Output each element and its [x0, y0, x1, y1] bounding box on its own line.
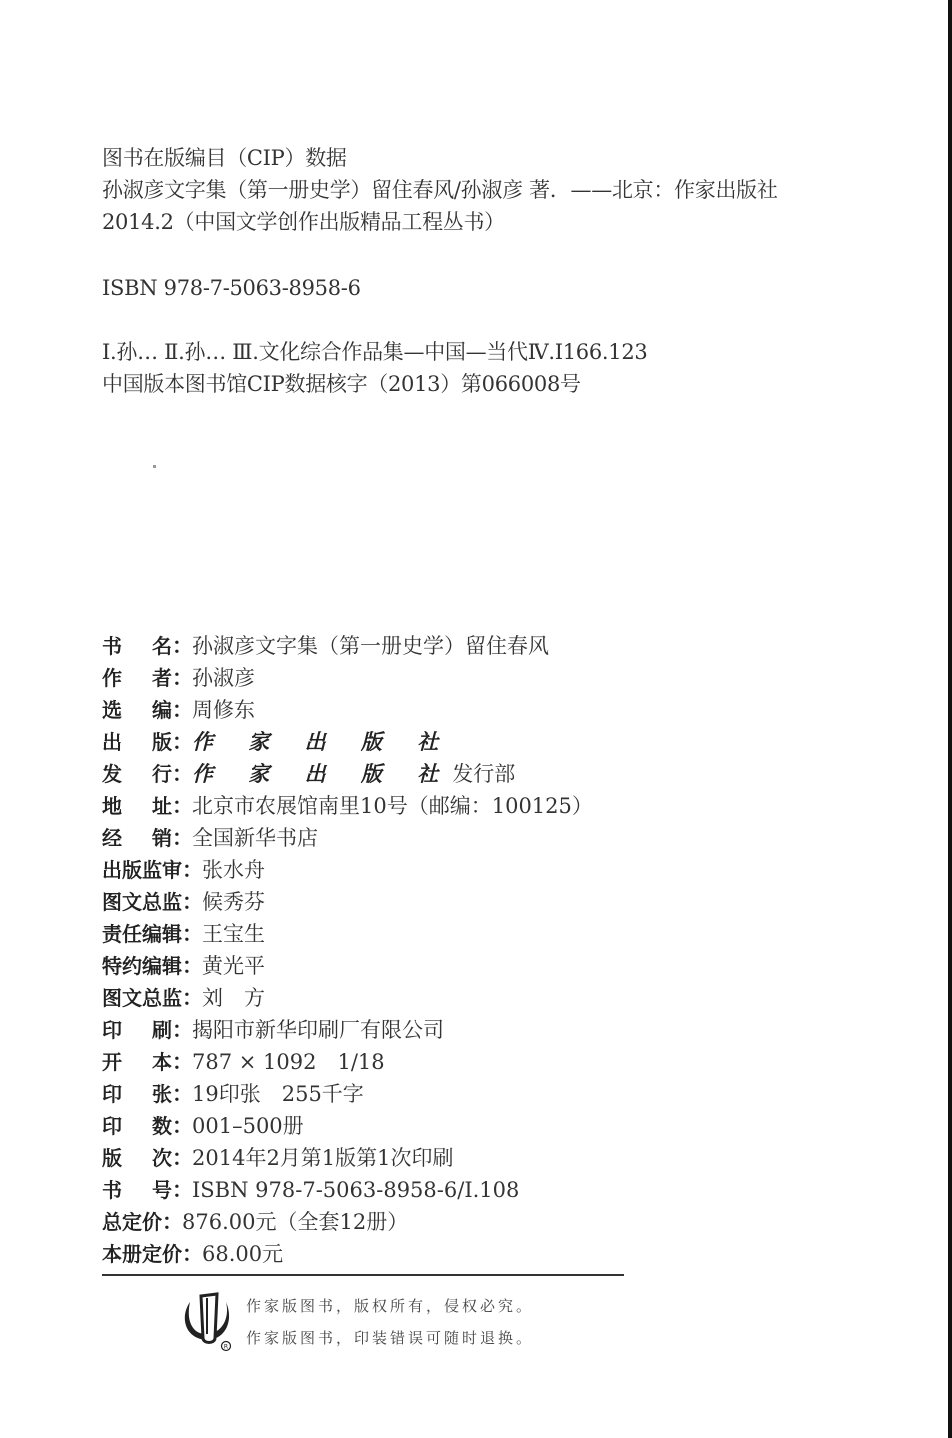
staff-label: 出版监审: [102, 854, 182, 883]
info-row-publisher: 出版：作 家 出 版 社: [102, 726, 593, 758]
info-label: 印数: [102, 1110, 172, 1139]
cip-classification: Ⅰ.孙… Ⅱ.孙… Ⅲ.文化综合作品集—中国—当代Ⅳ.I166.123: [102, 336, 778, 368]
info-value-suffix: 发行部: [452, 758, 515, 788]
total-price-label: 总定价: [102, 1206, 162, 1235]
divider: [102, 1274, 624, 1276]
volume-price-row: 本册定价：68.00元: [102, 1238, 593, 1270]
footer-notice: R 作家版图书，版权所有，侵权必究。 作家版图书，印装错误可随时退换。: [182, 1290, 534, 1354]
info-label: 版次: [102, 1142, 172, 1171]
cip-block: 图书在版编目（CIP）数据 孙淑彦文字集（第一册史学）留住春风/孙淑彦 著．——…: [102, 142, 778, 400]
spec-row-isbn: 书号：ISBN 978-7-5063-8958-6/I.108: [102, 1174, 593, 1206]
info-row-editor: 选编：周修东: [102, 694, 593, 726]
cip-entry-line2: 2014.2（中国文学创作出版精品工程丛书）: [102, 206, 778, 238]
info-label: 作者: [102, 662, 172, 691]
notice-text: 作家版图书，版权所有，侵权必究。 作家版图书，印装错误可随时退换。: [246, 1290, 534, 1354]
total-price-row: 总定价：876.00元（全套12册）: [102, 1206, 593, 1238]
info-value: 19印张 255千字: [192, 1078, 364, 1108]
staff-row: 图文总监：候秀芬: [102, 886, 593, 918]
info-row-distributor: 发行：作 家 出 版 社发行部: [102, 758, 593, 790]
info-label: 经销: [102, 822, 172, 851]
info-row-author: 作者：孙淑彦: [102, 662, 593, 694]
info-row-address: 地址：北京市农展馆南里10号（邮编：100125）: [102, 790, 593, 822]
svg-text:R: R: [224, 1344, 228, 1351]
cip-number: 中国版本图书馆CIP数据核字（2013）第066008号: [102, 368, 778, 400]
info-label: 书名: [102, 630, 172, 659]
staff-row: 出版监审：张水舟: [102, 854, 593, 886]
info-value: 孙淑彦: [192, 662, 255, 692]
return-notice: 作家版图书，印装错误可随时退换。: [246, 1322, 534, 1354]
info-value: 北京市农展馆南里10号（邮编：100125）: [192, 790, 593, 820]
info-row-title: 书名：孙淑彦文字集（第一册史学）留住春风: [102, 630, 593, 662]
scan-speck: [153, 465, 156, 468]
staff-label: 图文总监: [102, 886, 182, 915]
staff-value: 王宝生: [202, 918, 265, 948]
info-label: 印刷: [102, 1014, 172, 1043]
info-value: 孙淑彦文字集（第一册史学）留住春风: [192, 630, 549, 660]
info-value: ISBN 978-7-5063-8958-6/I.108: [192, 1178, 519, 1202]
staff-label: 图文总监: [102, 982, 182, 1011]
info-label: 书号: [102, 1174, 172, 1203]
publisher-calligraphy: 作 家 出 版 社: [192, 758, 452, 788]
staff-value: 张水舟: [202, 854, 265, 884]
copyright-page: 图书在版编目（CIP）数据 孙淑彦文字集（第一册史学）留住春风/孙淑彦 著．——…: [0, 0, 948, 1438]
volume-price-value: 68.00元: [202, 1238, 283, 1268]
total-price-value: 876.00元（全套12册）: [182, 1206, 408, 1236]
cip-isbn: ISBN 978-7-5063-8958-6: [102, 272, 778, 304]
info-value: 周修东: [192, 694, 255, 724]
staff-label: 特约编辑: [102, 950, 182, 979]
cip-heading: 图书在版编目（CIP）数据: [102, 142, 778, 174]
copyright-notice: 作家版图书，版权所有，侵权必究。: [246, 1290, 534, 1322]
staff-row: 图文总监：刘 方: [102, 982, 593, 1014]
info-value: 2014年2月第1版第1次印刷: [192, 1142, 454, 1172]
publisher-logo-icon: R: [182, 1290, 238, 1352]
info-label: 选编: [102, 694, 172, 723]
spec-row-printer: 印刷：揭阳市新华印刷厂有限公司: [102, 1014, 593, 1046]
staff-row: 责任编辑：王宝生: [102, 918, 593, 950]
page-edge-border: [948, 0, 952, 1438]
spec-row-edition: 版次：2014年2月第1版第1次印刷: [102, 1142, 593, 1174]
info-label: 印张: [102, 1078, 172, 1107]
info-value: 001–500册: [192, 1110, 304, 1140]
staff-value: 刘 方: [202, 982, 265, 1012]
staff-value: 候秀芬: [202, 886, 265, 916]
staff-value: 黄光平: [202, 950, 265, 980]
info-label: 地址: [102, 790, 172, 819]
info-label: 出版: [102, 726, 172, 755]
info-value: 揭阳市新华印刷厂有限公司: [192, 1014, 444, 1044]
cip-entry-line1: 孙淑彦文字集（第一册史学）留住春风/孙淑彦 著．——北京：作家出版社: [102, 174, 778, 206]
spec-row-sheets: 印张：19印张 255千字: [102, 1078, 593, 1110]
publisher-calligraphy: 作 家 出 版 社: [192, 726, 452, 756]
spec-row-print-run: 印数：001–500册: [102, 1110, 593, 1142]
info-row-seller: 经销：全国新华书店: [102, 822, 593, 854]
publication-info: 书名：孙淑彦文字集（第一册史学）留住春风 作者：孙淑彦 选编：周修东 出版：作 …: [102, 630, 593, 1270]
info-value: 全国新华书店: [192, 822, 318, 852]
info-label: 开本: [102, 1046, 172, 1075]
staff-row: 特约编辑：黄光平: [102, 950, 593, 982]
info-label: 发行: [102, 758, 172, 787]
spec-row-format: 开本：787 × 1092 1/18: [102, 1046, 593, 1078]
volume-price-label: 本册定价: [102, 1238, 182, 1267]
staff-label: 责任编辑: [102, 918, 182, 947]
info-value: 787 × 1092 1/18: [192, 1046, 385, 1076]
